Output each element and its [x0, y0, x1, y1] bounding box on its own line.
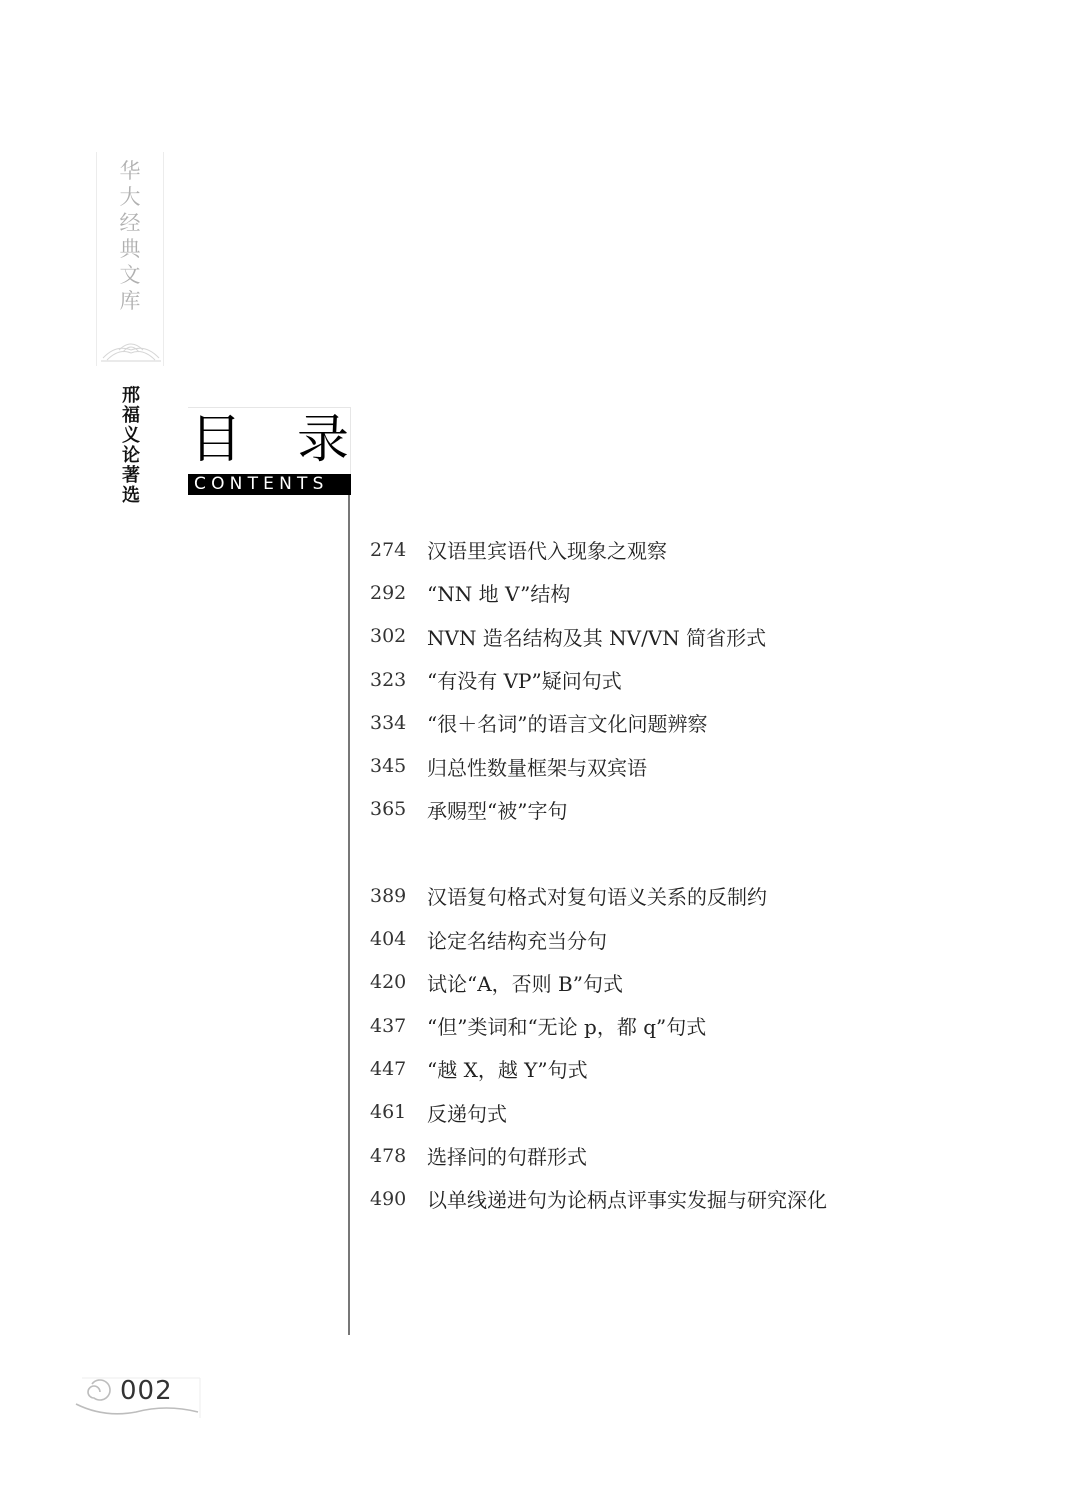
- toc-title: 论定名结构充当分句: [427, 925, 607, 954]
- toc-page-number: 420: [370, 971, 427, 993]
- heading-cn-left: 目: [190, 410, 242, 470]
- title-char: 义: [118, 426, 144, 446]
- contents-heading: 目 录 CONTENTS: [188, 407, 351, 495]
- toc-entry[interactable]: 389汉语复句格式对复句语义关系的反制约: [370, 874, 827, 917]
- toc-list: 274汉语里宾语代入现象之观察 292“NN 地 V”结构 302NVN 造名结…: [370, 528, 827, 1220]
- title-char: 选: [118, 486, 144, 506]
- title-char: 著: [118, 466, 144, 486]
- series-char: 库: [97, 288, 163, 314]
- title-char: 福: [118, 406, 144, 426]
- wave-ornament-icon: [101, 336, 161, 362]
- toc-entry[interactable]: 447“越 X，越 Y”句式: [370, 1047, 827, 1090]
- heading-en: CONTENTS: [188, 474, 351, 495]
- toc-title: “很＋名词”的语言文化问题辨察: [427, 708, 707, 737]
- series-char: 华: [97, 158, 163, 184]
- toc-entry[interactable]: 292“NN 地 V”结构: [370, 571, 827, 614]
- toc-title: 以单线递进句为论柄点评事实发掘与研究深化: [427, 1184, 827, 1213]
- toc-page-number: 274: [370, 539, 427, 561]
- toc-title: 承赐型“被”字句: [427, 795, 567, 824]
- toc-entry[interactable]: 323“有没有 VP”疑问句式: [370, 658, 827, 701]
- title-char: 论: [118, 446, 144, 466]
- page-folio: 002: [74, 1374, 202, 1420]
- series-char: 大: [97, 184, 163, 210]
- toc-title: 汉语里宾语代入现象之观察: [427, 535, 667, 564]
- toc-entry[interactable]: 365承赐型“被”字句: [370, 788, 827, 831]
- series-char: 经: [97, 210, 163, 236]
- toc-section-gap: [370, 831, 827, 874]
- page-number: 002: [120, 1376, 173, 1406]
- toc-page-number: 447: [370, 1058, 427, 1080]
- toc-title: “有没有 VP”疑问句式: [427, 665, 622, 694]
- toc-title: 试论“A，否则 B”句式: [427, 968, 623, 997]
- toc-page-number: 437: [370, 1015, 427, 1037]
- toc-page-number: 389: [370, 885, 427, 907]
- toc-entry[interactable]: 302NVN 造名结构及其 NV/VN 简省形式: [370, 615, 827, 658]
- toc-page-number: 323: [370, 669, 427, 691]
- series-char: 典: [97, 236, 163, 262]
- toc-title: NVN 造名结构及其 NV/VN 简省形式: [427, 622, 766, 651]
- book-title-vertical: 邢 福 义 论 著 选: [118, 386, 144, 506]
- toc-page-number: 365: [370, 798, 427, 820]
- toc-title: “越 X，越 Y”句式: [427, 1054, 588, 1083]
- toc-page-number: 461: [370, 1101, 427, 1123]
- toc-title: “NN 地 V”结构: [427, 578, 570, 607]
- title-char: 邢: [118, 386, 144, 406]
- toc-entry[interactable]: 274汉语里宾语代入现象之观察: [370, 528, 827, 571]
- toc-entry[interactable]: 461反递句式: [370, 1091, 827, 1134]
- toc-title: 选择问的句群形式: [427, 1141, 587, 1170]
- toc-page-number: 292: [370, 582, 427, 604]
- toc-entry[interactable]: 437“但”类词和“无论 p，都 q”句式: [370, 1004, 827, 1047]
- toc-title: 反递句式: [427, 1098, 507, 1127]
- heading-cn-right: 录: [297, 410, 349, 470]
- toc-entry[interactable]: 490以单线递进句为论柄点评事实发掘与研究深化: [370, 1177, 827, 1220]
- toc-entry[interactable]: 334“很＋名词”的语言文化问题辨察: [370, 701, 827, 744]
- toc-entry[interactable]: 420试论“A，否则 B”句式: [370, 961, 827, 1004]
- toc-page-number: 302: [370, 625, 427, 647]
- toc-page-number: 334: [370, 712, 427, 734]
- toc-entry[interactable]: 478选择问的句群形式: [370, 1134, 827, 1177]
- toc-page-number: 404: [370, 928, 427, 950]
- toc-entry[interactable]: 345归总性数量框架与双宾语: [370, 744, 827, 787]
- toc-page-number: 490: [370, 1188, 427, 1210]
- toc-page-number: 478: [370, 1145, 427, 1167]
- toc-vertical-rule: [348, 495, 350, 1335]
- toc-title: 归总性数量框架与双宾语: [427, 752, 647, 781]
- toc-title: 汉语复句格式对复句语义关系的反制约: [427, 881, 767, 910]
- series-char: 文: [97, 262, 163, 288]
- series-title: 华 大 经 典 文 库: [97, 158, 163, 314]
- heading-cn: 目 录: [188, 410, 351, 470]
- toc-page-number: 345: [370, 755, 427, 777]
- toc-title: “但”类词和“无论 p，都 q”句式: [427, 1011, 706, 1040]
- series-tab: 华 大 经 典 文 库: [96, 152, 164, 366]
- toc-entry[interactable]: 404论定名结构充当分句: [370, 917, 827, 960]
